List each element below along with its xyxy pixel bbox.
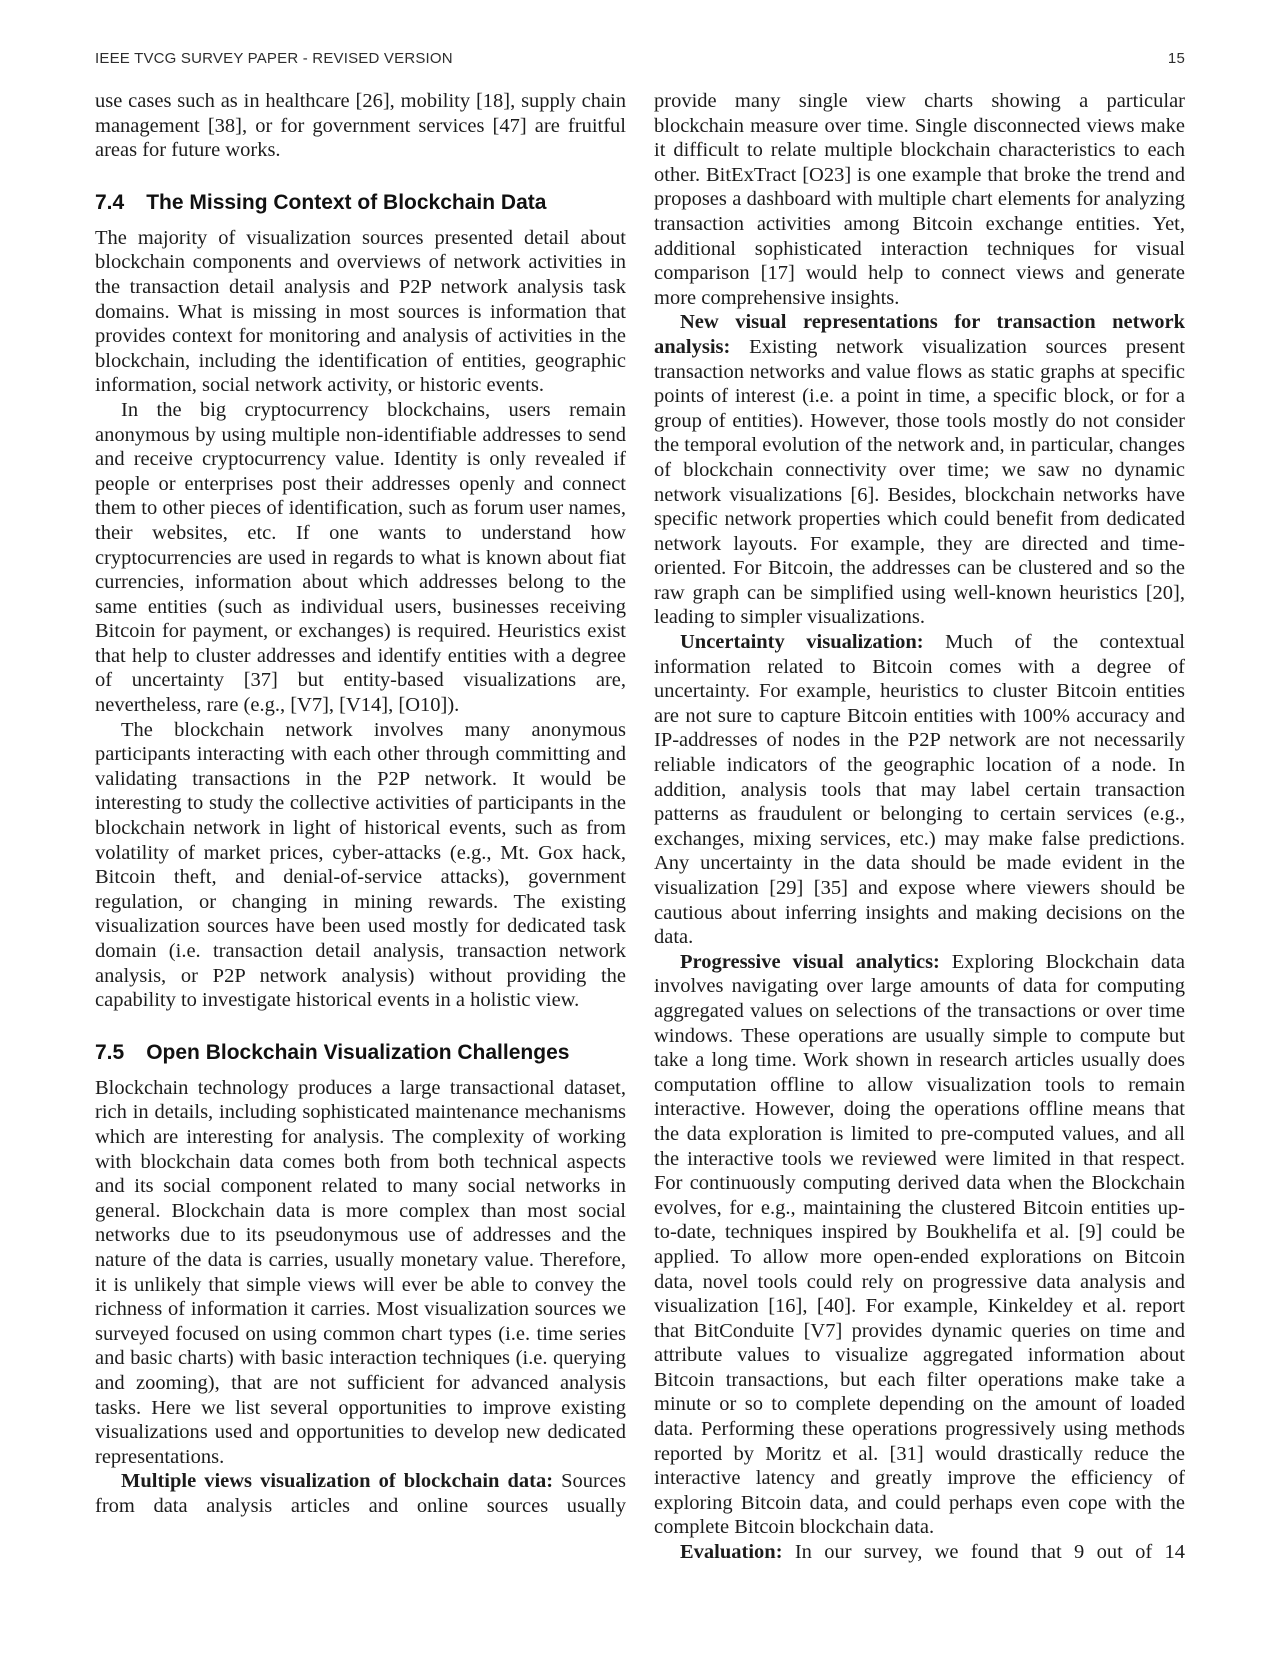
paragraph: Multiple views visualization of blockcha… <box>95 1469 626 1518</box>
paragraph: Uncertainty visualization: Much of the c… <box>654 630 1185 950</box>
paragraph: The blockchain network involves many ano… <box>95 718 626 1013</box>
paragraph: Progressive visual analytics: Exploring … <box>654 950 1185 1540</box>
paragraph: New visual representations for transacti… <box>654 310 1185 630</box>
text-columns: use cases such as in healthcare [26], mo… <box>95 89 1185 1565</box>
paragraph: Evaluation: In our survey, we found that… <box>654 1540 1185 1565</box>
left-column: use cases such as in healthcare [26], mo… <box>95 89 626 1565</box>
paragraph-text: provide many single view charts showing … <box>654 90 1185 309</box>
section-number: 7.4 <box>95 190 124 215</box>
paragraph-text: use cases such as in healthcare [26], mo… <box>95 90 626 161</box>
page-header: IEEE TVCG SURVEY PAPER - REVISED VERSION… <box>95 50 1185 67</box>
paragraph: Blockchain technology produces a large t… <box>95 1076 626 1470</box>
paragraph: The majority of visualization sources pr… <box>95 226 626 398</box>
paragraph-text: In our survey, we found that 9 out of 14 <box>795 1541 1185 1563</box>
section-heading: 7.5Open Blockchain Visualization Challen… <box>95 1040 626 1065</box>
section-heading: 7.4The Missing Context of Blockchain Dat… <box>95 190 626 215</box>
paragraph-text: Much of the contextual information relat… <box>654 631 1185 948</box>
paragraph: provide many single view charts showing … <box>654 89 1185 310</box>
paragraph-lead-bold: Multiple views visualization of blockcha… <box>121 1470 553 1492</box>
paragraph-text: The majority of visualization sources pr… <box>95 227 626 397</box>
paragraph-text: Existing network visualization sources p… <box>654 336 1185 629</box>
paragraph-text: Blockchain technology produces a large t… <box>95 1077 626 1468</box>
section-title: Open Blockchain Visualization Challenges <box>146 1041 569 1064</box>
paragraph: use cases such as in healthcare [26], mo… <box>95 89 626 163</box>
paragraph-lead-bold: Uncertainty visualization: <box>680 631 924 653</box>
paragraph-text: The blockchain network involves many ano… <box>95 719 626 1012</box>
paragraph-text: Exploring Blockchain data involves navig… <box>654 951 1185 1539</box>
page-number: 15 <box>1168 50 1185 67</box>
section-number: 7.5 <box>95 1040 124 1065</box>
section-title: The Missing Context of Blockchain Data <box>146 191 546 214</box>
right-column: provide many single view charts showing … <box>654 89 1185 1565</box>
paragraph-lead-bold: Evaluation: <box>680 1541 783 1563</box>
paragraph: In the big cryptocurrency blockchains, u… <box>95 398 626 718</box>
paper-page: IEEE TVCG SURVEY PAPER - REVISED VERSION… <box>0 0 1280 1656</box>
running-title: IEEE TVCG SURVEY PAPER - REVISED VERSION <box>95 50 453 67</box>
paragraph-lead-bold: Progressive visual analytics: <box>680 951 940 973</box>
paragraph-text: In the big cryptocurrency blockchains, u… <box>95 399 626 716</box>
